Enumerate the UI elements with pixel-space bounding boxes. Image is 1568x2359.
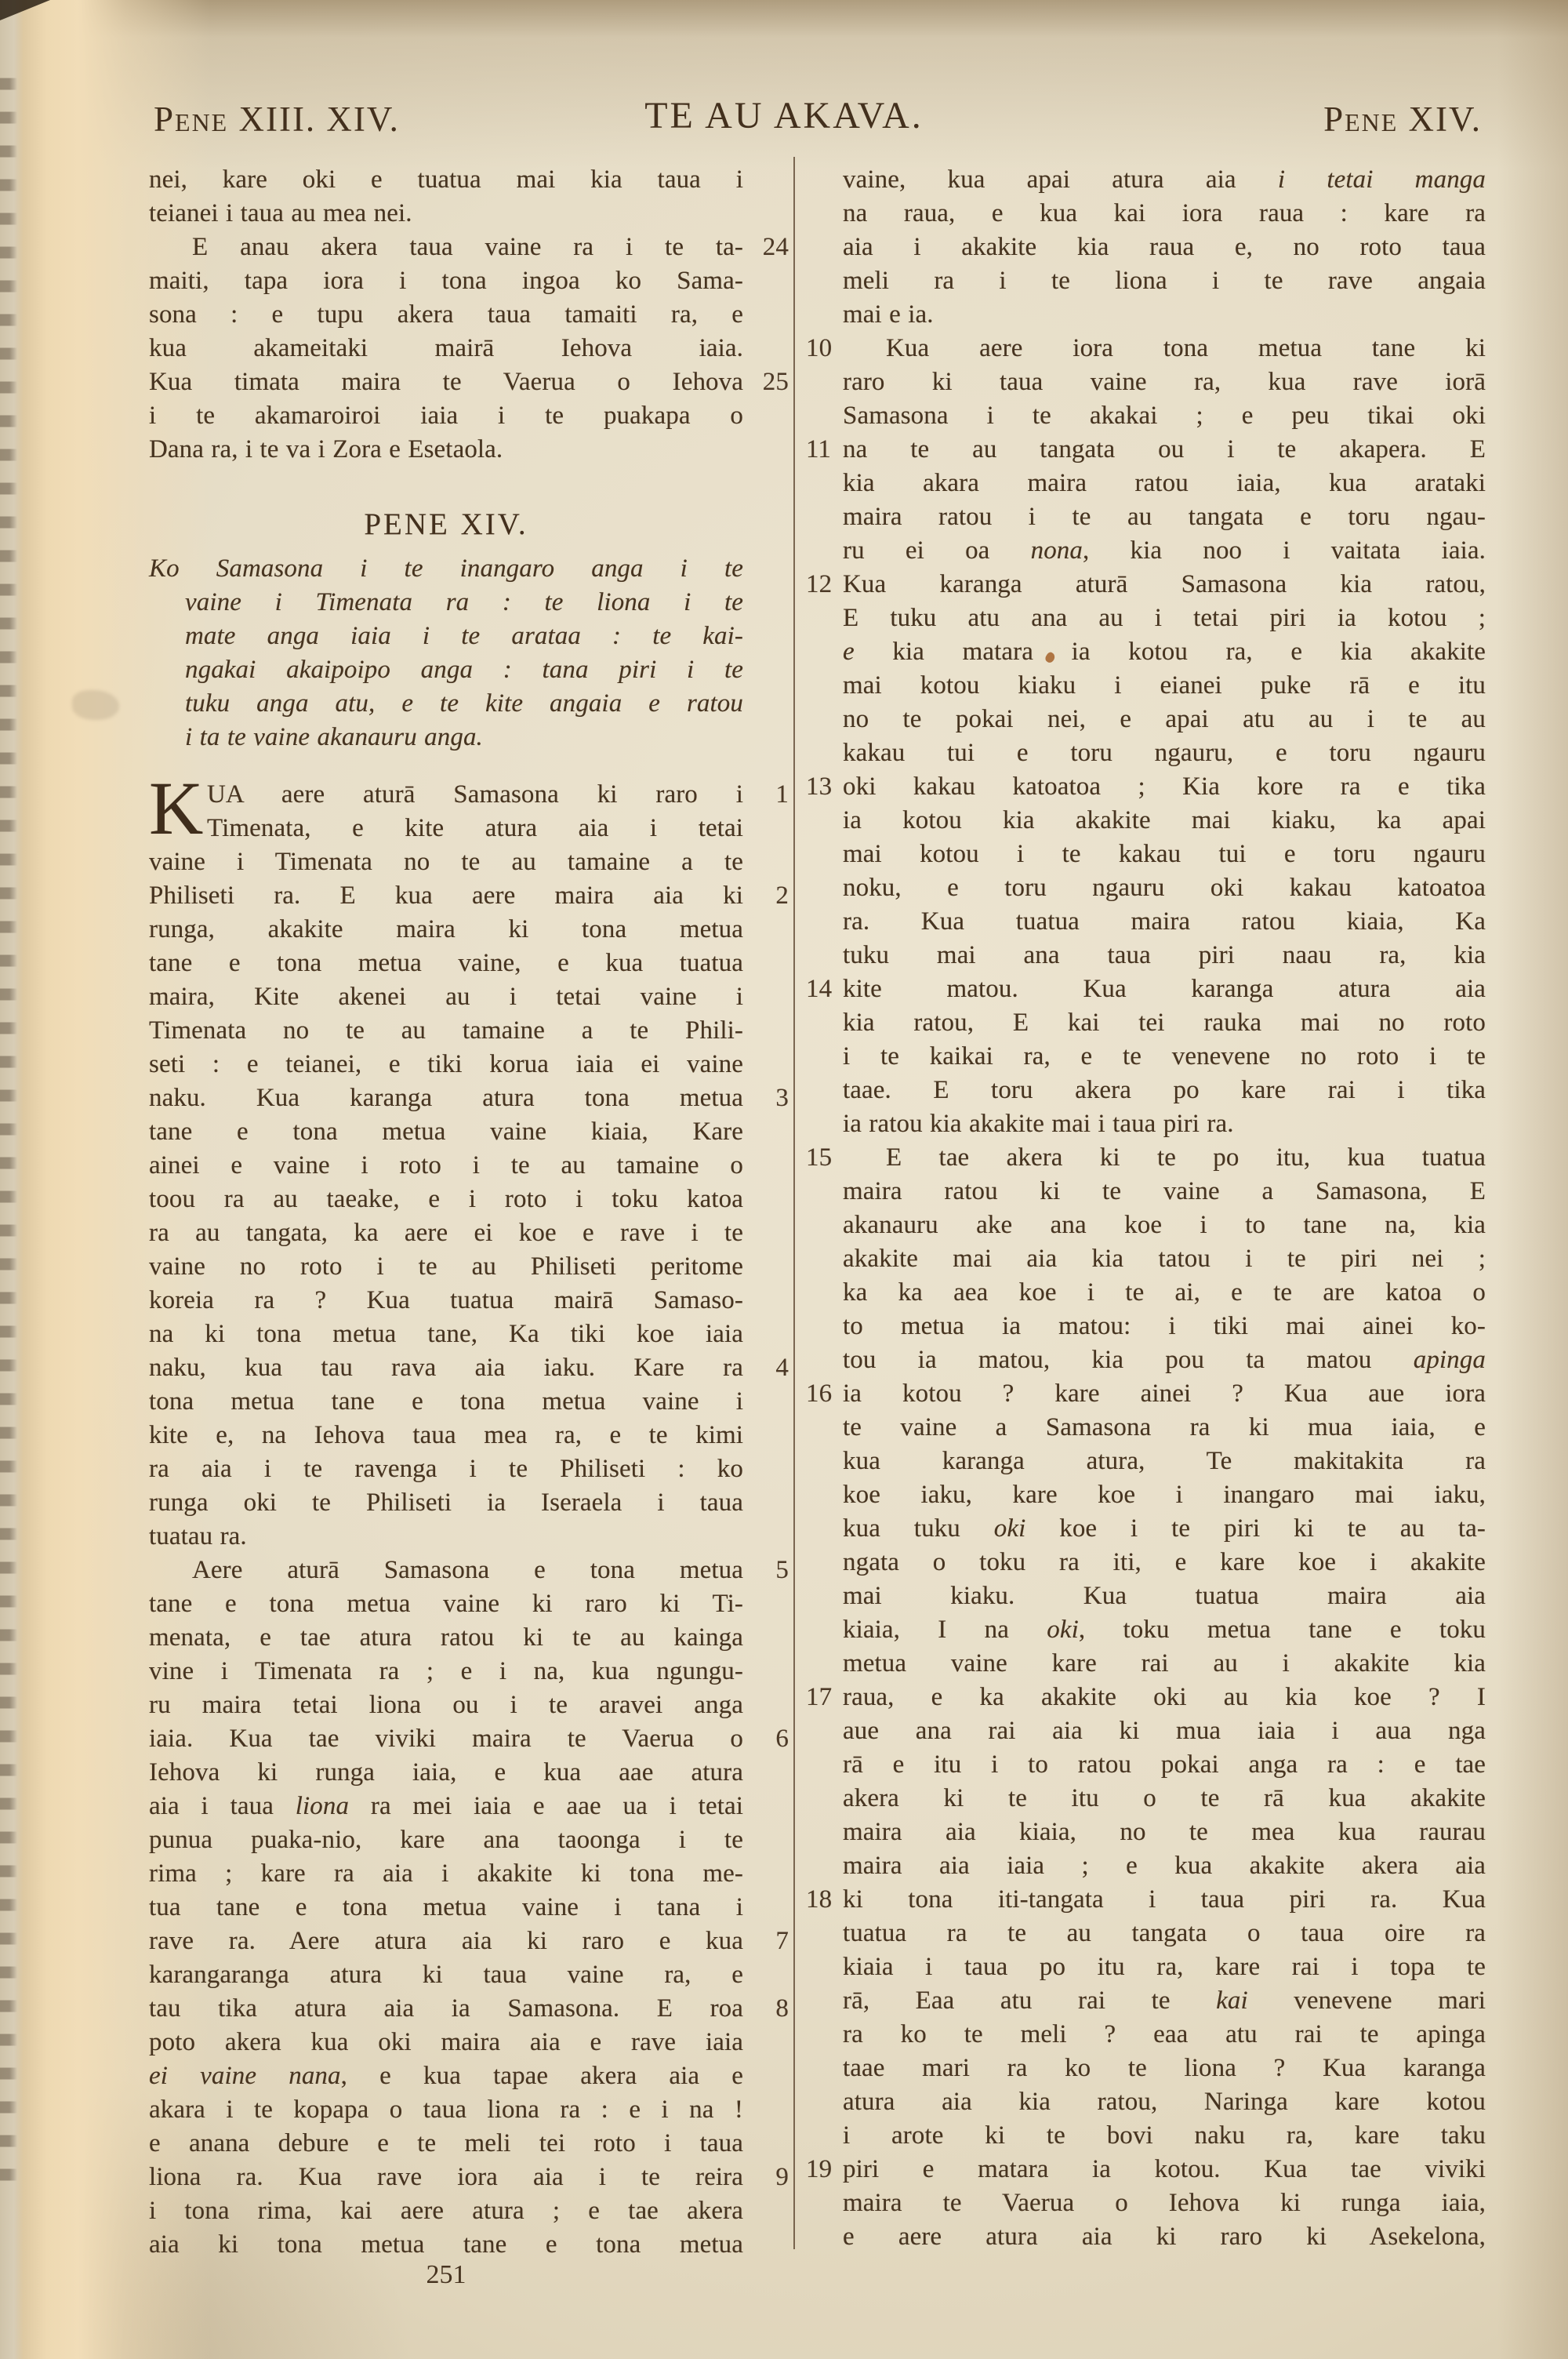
text-line: runga oki te Philiseti ia Iseraela i tau… bbox=[149, 1486, 743, 1520]
verse-number: 12 bbox=[806, 568, 843, 602]
text-line: mai kiaku. Kua tuatua maira aia bbox=[843, 1579, 1486, 1613]
verse-number: 6 bbox=[743, 1722, 789, 1756]
text-line: ia kotou kia akakite mai kiaku, ka apai bbox=[843, 804, 1486, 838]
text-line: tua tane e tona metua vaine i tana i bbox=[149, 1891, 743, 1925]
text-line: aue ana rai aia ki mua iaia i aua nga bbox=[843, 1714, 1486, 1748]
text-line: E anau akera taua vaine ra i te ta- bbox=[149, 231, 743, 264]
text-line: akakite mai aia kia tatou i te piri nei … bbox=[843, 1242, 1486, 1276]
verse-number: 13 bbox=[806, 770, 843, 804]
text-line: Timenata, e kite atura aia i tetai bbox=[149, 812, 743, 845]
verse-number: 9 bbox=[743, 2161, 789, 2194]
chapter-heading: PENE XIV. bbox=[149, 507, 743, 541]
text-line: maira aia kiaia, no te mea kua raurau bbox=[843, 1816, 1486, 1849]
verse-number: 7 bbox=[743, 1925, 789, 1958]
verse-number: 24 bbox=[743, 231, 789, 264]
text-line: koreia ra ? Kua tuatua mairā Samaso- bbox=[149, 1284, 743, 1318]
text-line: ei vaine nana, e kua tapae akera aia e bbox=[149, 2059, 743, 2093]
text-line: kua tuku oki koe i te piri ki te au ta- bbox=[843, 1512, 1486, 1546]
text-line: E tae akera ki te po itu, kua tuatua bbox=[843, 1141, 1486, 1175]
text-line: to metua ia matou: i tiki mai ainei ko- bbox=[843, 1310, 1486, 1343]
verse-number: 25 bbox=[743, 365, 789, 399]
text-line: nei, kare oki e tuatua mai kia taua i bbox=[149, 163, 743, 197]
text-line: maiti, tapa iora i tona ingoa ko Sama- bbox=[149, 264, 743, 298]
running-head-right: Pene XIV. bbox=[1176, 99, 1482, 140]
verse-number: 18 bbox=[806, 1883, 843, 1917]
text-line: kiaia i taua po itu ra, kare rai i topa … bbox=[843, 1950, 1486, 1984]
text-line: ra. Kua tuatua maira ratou kiaia, Ka bbox=[843, 905, 1486, 939]
chapter-summary-line: i ta te vaine akanauru anga. bbox=[149, 721, 743, 754]
text-line: maira aia iaia ; e kua akakite akera aia bbox=[843, 1849, 1486, 1883]
facing-page-edge bbox=[0, 0, 24, 2359]
right-column: vaine, kua apai atura aia i tetai mangan… bbox=[843, 163, 1486, 2254]
text-line: na ki tona metua tane, Ka tiki koe iaia bbox=[149, 1318, 743, 1351]
text-line: oki kakau katoatoa ; Kia kore ra e tika bbox=[843, 770, 1486, 804]
text-line: tou ia matou, kia pou ta matou apinga bbox=[843, 1343, 1486, 1377]
book-page-scan: Pene XIII. XIV. TE AU AKAVA. Pene XIV. n… bbox=[0, 0, 1568, 2359]
text-line: noku, e toru ngauru oki kakau katoatoa bbox=[843, 871, 1486, 905]
verse-number: 2 bbox=[743, 879, 789, 913]
text-line: tau tika atura aia ia Samasona. E roa bbox=[149, 1992, 743, 2026]
text-line: rā, Eaa atu rai te kai venevene mari bbox=[843, 1984, 1486, 2018]
text-line: maira te Vaerua o Iehova ki runga iaia, bbox=[843, 2186, 1486, 2220]
text-line: maira, Kite akenei au i tetai vaine i bbox=[149, 980, 743, 1014]
text-line: ru maira tetai liona ou i te aravei anga bbox=[149, 1688, 743, 1722]
running-head-left: Pene XIII. XIV. bbox=[154, 99, 400, 140]
text-line: raro ki taua vaine ra, kua rave iorā bbox=[843, 365, 1486, 399]
text-line: E tuku atu ana au i tetai piri ia kotou … bbox=[843, 602, 1486, 635]
text-line: Philiseti ra. E kua aere maira aia ki bbox=[149, 879, 743, 913]
text-line: Kua aere iora tona metua tane ki bbox=[843, 332, 1486, 365]
text-line: raua, e ka akakite oki au kia koe ? I bbox=[843, 1681, 1486, 1714]
text-line: no te pokai nei, e apai atu au i te au bbox=[843, 703, 1486, 736]
text-line: piri e matara ia kotou. Kua tae viviki bbox=[843, 2153, 1486, 2186]
verse-number: 5 bbox=[743, 1554, 789, 1587]
text-line: ia ratou kia akakite mai i taua piri ra. bbox=[843, 1107, 1486, 1141]
text-line: tane e tona metua vaine, e kua tuatua bbox=[149, 947, 743, 980]
text-line: kia ratou, E kai tei rauka mai no roto bbox=[843, 1006, 1486, 1040]
verse-number: 19 bbox=[806, 2153, 843, 2186]
text-line: naku. Kua karanga atura tona metua bbox=[149, 1081, 743, 1115]
text-line: tane e tona metua vaine ki raro ki Ti- bbox=[149, 1587, 743, 1621]
chapter-summary-line: mate anga iaia i te arataa : te kai- bbox=[149, 620, 743, 653]
text-line: vaine no roto i te au Philiseti peritome bbox=[149, 1250, 743, 1284]
text-line: aia i akakite kia raua e, no roto taua bbox=[843, 231, 1486, 264]
text-line: na te au tangata ou i te akapera. E bbox=[843, 433, 1486, 467]
text-line: i te akamaroiroi iaia i te puakapa o bbox=[149, 399, 743, 433]
text-line: kia akara maira ratou iaia, kua arataki bbox=[843, 467, 1486, 500]
text-line: tane e tona metua vaine kiaia, Kare bbox=[149, 1115, 743, 1149]
text-line: akera ki te itu o te rā kua akakite bbox=[843, 1782, 1486, 1816]
text-line: naku, kua tau rava aia iaku. Kare ra bbox=[149, 1351, 743, 1385]
verse-number: 3 bbox=[743, 1081, 789, 1115]
text-line: na raua, e kua kai iora raua : kare ra bbox=[843, 197, 1486, 231]
text-line: metua vaine kare rai au i akakite kia bbox=[843, 1647, 1486, 1681]
text-line: Samasona i te akakai ; e peu tikai oki bbox=[843, 399, 1486, 433]
text-line: ra ko te meli ? eaa atu rai te apinga bbox=[843, 2018, 1486, 2052]
text-line: tona metua tane e tona metua vaine i bbox=[149, 1385, 743, 1419]
text-line: ki tona iti-tangata i taua piri ra. Kua bbox=[843, 1883, 1486, 1917]
text-line: ngata o toku ra iti, e kare koe i akakit… bbox=[843, 1546, 1486, 1579]
text-line: e kia matara ia kotou ra, e kia akakite bbox=[843, 635, 1486, 669]
text-line: ainei e vaine i roto i te au tamaine o bbox=[149, 1149, 743, 1183]
verse-number: 10 bbox=[806, 332, 843, 365]
text-line: punua puaka-nio, kare ana taoonga i te bbox=[149, 1823, 743, 1857]
left-column: nei, kare oki e tuatua mai kia taua itei… bbox=[149, 163, 743, 2262]
text-line: Kua karanga aturā Samasona kia ratou, bbox=[843, 568, 1486, 602]
text-line: kua akameitaki mairā Iehova iaia. bbox=[149, 332, 743, 365]
chapter-summary-line: tuku anga atu, e te kite angaia e ratou bbox=[149, 687, 743, 721]
verse-number: 14 bbox=[806, 972, 843, 1006]
text-line: sona : e tupu akera taua tamaiti ra, e bbox=[149, 298, 743, 332]
facing-page-text-fragments bbox=[0, 67, 17, 2186]
text-line: kua karanga atura, Te makitakita ra bbox=[843, 1445, 1486, 1478]
text-line: menata, e tae atura ratou ki te au kaing… bbox=[149, 1621, 743, 1655]
text-line: Kua timata maira te Vaerua o Iehova bbox=[149, 365, 743, 399]
text-line: rā e itu i to ratou pokai anga ra : e ta… bbox=[843, 1748, 1486, 1782]
text-line: meli ra i te liona i te rave angaia bbox=[843, 264, 1486, 298]
text-line: atura aia kia ratou, Naringa kare kotou bbox=[843, 2085, 1486, 2119]
verse-number: 17 bbox=[806, 1681, 843, 1714]
text-line: aia i taua liona ra mei iaia e aae ua i … bbox=[149, 1790, 743, 1823]
text-line: mai kotou kiaku i eianei puke rā e itu bbox=[843, 669, 1486, 703]
text-line: mai kotou i te kakau tui e toru ngauru bbox=[843, 838, 1486, 871]
text-line: ra au tangata, ka aere ei koe e rave i t… bbox=[149, 1216, 743, 1250]
verse-number: 11 bbox=[806, 433, 843, 467]
text-line: vine i Timenata ra ; e i na, kua ngungu- bbox=[149, 1655, 743, 1688]
text-line: mai e ia. bbox=[843, 298, 1486, 332]
page-number: 251 bbox=[149, 2260, 743, 2290]
text-line: rave ra. Aere atura aia ki raro e kua bbox=[149, 1925, 743, 1958]
verse-number: 4 bbox=[743, 1351, 789, 1385]
verse-number: 8 bbox=[743, 1992, 789, 2026]
text-line: teianei i taua au mea nei. bbox=[149, 197, 743, 231]
chapter-summary-line: vaine i Timenata ra : te liona i te bbox=[149, 586, 743, 620]
text-line: poto akera kua oki maira aia e rave iaia bbox=[149, 2026, 743, 2059]
text-line: Timenata no te au tamaine a te Phili- bbox=[149, 1014, 743, 1048]
text-line: taae mari ra ko te liona ? Kua karanga bbox=[843, 2052, 1486, 2085]
verse-number: 15 bbox=[806, 1141, 843, 1175]
text-line: vaine, kua apai atura aia i tetai manga bbox=[843, 163, 1486, 197]
text-line: vaine i Timenata no te au tamaine a te bbox=[149, 845, 743, 879]
text-line: e aere atura aia ki raro ki Asekelona, bbox=[843, 2220, 1486, 2254]
text-line: maira ratou i te au tangata e toru ngau- bbox=[843, 500, 1486, 534]
verse-number: 16 bbox=[806, 1377, 843, 1411]
text-line: i arote ki te bovi naku ra, kare taku bbox=[843, 2119, 1486, 2153]
text-line: UA aere aturā Samasona ki raro i bbox=[149, 778, 743, 812]
chapter-summary-line: Ko Samasona i te inangaro anga i te bbox=[149, 552, 743, 586]
text-line: taae. E toru akera po kare rai i tika bbox=[843, 1074, 1486, 1107]
text-line: Dana ra, i te va i Zora e Esetaola. bbox=[149, 433, 743, 467]
text-line: ra aia i te ravenga i te Philiseti : ko bbox=[149, 1452, 743, 1486]
text-line: karangaranga atura ki taua vaine ra, e bbox=[149, 1958, 743, 1992]
text-line: iaia. Kua tae viviki maira te Vaerua o bbox=[149, 1722, 743, 1756]
text-line: kiaia, I na oki, toku metua tane e toku bbox=[843, 1613, 1486, 1647]
text-line: seti : e teianei, e tiki korua iaia ei v… bbox=[149, 1048, 743, 1081]
text-line: toou ra au taeake, e i roto i toku katoa bbox=[149, 1183, 743, 1216]
text-line: ru ei oa nona, kia noo i vaitata iaia. bbox=[843, 534, 1486, 568]
text-line: kite matou. Kua karanga atura aia bbox=[843, 972, 1486, 1006]
text-line: kite e, na Iehova taua mea ra, e te kimi bbox=[149, 1419, 743, 1452]
smudge bbox=[72, 690, 119, 720]
text-line: maira ratou ki te vaine a Samasona, E bbox=[843, 1175, 1486, 1209]
text-line: tuku mai ana taua piri naau ra, kia bbox=[843, 939, 1486, 972]
text-line: runga, akakite maira ki tona metua bbox=[149, 913, 743, 947]
text-line: i tona rima, kai aere atura ; e tae aker… bbox=[149, 2194, 743, 2228]
text-line: ia kotou ? kare ainei ? Kua aue iora bbox=[843, 1377, 1486, 1411]
drop-cap: K bbox=[149, 775, 203, 842]
text-line: te vaine a Samasona ra ki mua iaia, e bbox=[843, 1411, 1486, 1445]
column-divider-rule bbox=[793, 157, 795, 2249]
text-line: akara i te kopapa o taua liona ra : e i … bbox=[149, 2093, 743, 2127]
text-line: tuatua ra te au tangata o taua oire ra bbox=[843, 1917, 1486, 1950]
text-line: kakau tui e toru ngauru, e toru ngauru bbox=[843, 736, 1486, 770]
text-line: Aere aturā Samasona e tona metua bbox=[149, 1554, 743, 1587]
verse-number: 1 bbox=[743, 778, 789, 812]
text-line: akanauru ake ana koe i to tane na, kia bbox=[843, 1209, 1486, 1242]
text-line: Iehova ki runga iaia, e kua aae atura bbox=[149, 1756, 743, 1790]
text-line: liona ra. Kua rave iora aia i te reira bbox=[149, 2161, 743, 2194]
text-line: rima ; kare ra aia i akakite ki tona me- bbox=[149, 1857, 743, 1891]
text-line: koe iaku, kare koe i inangaro mai iaku, bbox=[843, 1478, 1486, 1512]
running-head-title: TE AU AKAVA. bbox=[470, 94, 1098, 137]
text-line: aia ki tona metua tane e tona metua bbox=[149, 2228, 743, 2262]
text-line: tuatau ra. bbox=[149, 1520, 743, 1554]
chapter-summary-line: ngakai akaipoipo anga : tana piri i te bbox=[149, 653, 743, 687]
text-line: e anana debure e te meli tei roto i taua bbox=[149, 2127, 743, 2161]
text-line: ka ka aea koe i te ai, e te are katoa o bbox=[843, 1276, 1486, 1310]
text-line: i te kaikai ra, e te venevene no roto i … bbox=[843, 1040, 1486, 1074]
